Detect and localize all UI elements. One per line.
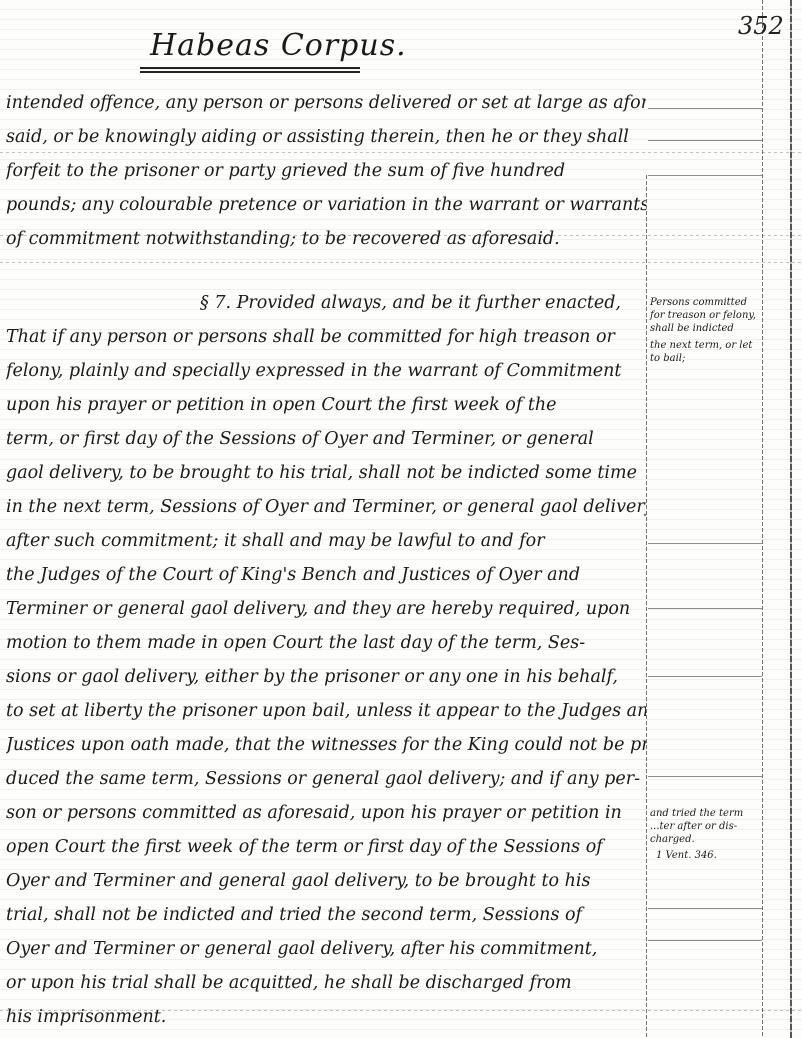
page-title: Habeas Corpus. (150, 28, 407, 63)
margin-note-line: and tried the term (650, 807, 770, 820)
margin-divider (648, 908, 762, 909)
text-line: after such commitment; it shall and may … (6, 530, 646, 552)
text-line: son or persons committed as aforesaid, u… (6, 802, 646, 824)
title-underline (140, 67, 360, 69)
text-line: felony, plainly and specially expressed … (6, 360, 646, 382)
text-line: Terminer or general gaol delivery, and t… (6, 598, 646, 620)
text-line: trial, shall not be indicted and tried t… (6, 904, 646, 926)
ruled-line (0, 262, 802, 263)
text-line: gaol delivery, to be brought to his tria… (6, 462, 646, 484)
margin-divider (648, 140, 762, 141)
text-line: term, or first day of the Sessions of Oy… (6, 428, 646, 450)
text-line: open Court the first week of the term or… (6, 836, 646, 858)
text-line: Oyer and Terminer and general gaol deliv… (6, 870, 646, 892)
text-line: of commitment notwithstanding; to be rec… (6, 228, 646, 250)
text-line: in the next term, Sessions of Oyer and T… (6, 496, 646, 518)
margin-note-line: shall be indicted (650, 322, 770, 335)
margin-divider (648, 175, 762, 176)
margin-note-citation: 1 Vent. 346. (656, 849, 776, 862)
text-line: duced the same term, Sessions or general… (6, 768, 646, 790)
text-line: forfeit to the prisoner or party grieved… (6, 160, 646, 182)
text-line: That if any person or persons shall be c… (6, 326, 646, 348)
margin-note-line: Persons committed (650, 296, 770, 309)
text-line: or upon his trial shall be acquitted, he… (6, 972, 646, 994)
margin-note-line: to bail; (650, 352, 770, 365)
text-line: motion to them made in open Court the la… (6, 632, 646, 654)
manuscript-page: 352 Habeas Corpus. intended offence, any… (0, 0, 802, 1038)
text-line: his imprisonment. (6, 1006, 646, 1028)
text-line: to set at liberty the prisoner upon bail… (6, 700, 646, 722)
margin-note-line: charged. (650, 833, 770, 846)
page-edge-rule (790, 0, 792, 1038)
text-line: the Judges of the Court of King's Bench … (6, 564, 646, 586)
margin-note-line: ...ter after or dis- (650, 820, 770, 833)
page-number: 352 (738, 12, 784, 40)
text-line: upon his prayer or petition in open Cour… (6, 394, 646, 416)
text-line: sions or gaol delivery, either by the pr… (6, 666, 646, 688)
margin-divider (648, 108, 762, 109)
margin-column-rule (762, 0, 763, 1038)
text-line: said, or be knowingly aiding or assistin… (6, 126, 646, 148)
margin-note-line: for treason or felony, (650, 309, 770, 322)
text-line: Oyer and Terminer or general gaol delive… (6, 938, 646, 960)
title-underline (140, 71, 360, 73)
margin-divider (648, 776, 762, 777)
ruled-line (0, 152, 802, 153)
margin-divider (648, 608, 762, 609)
text-line: pounds; any colourable pretence or varia… (6, 194, 646, 216)
margin-note-line: the next term, or let (650, 339, 770, 352)
margin-divider (648, 940, 762, 941)
margin-divider (648, 543, 762, 544)
margin-divider (648, 676, 762, 677)
text-line: intended offence, any person or persons … (6, 92, 646, 114)
section-heading: § 7. Provided always, and be it further … (200, 292, 650, 314)
text-line: Justices upon oath made, that the witnes… (6, 734, 646, 756)
